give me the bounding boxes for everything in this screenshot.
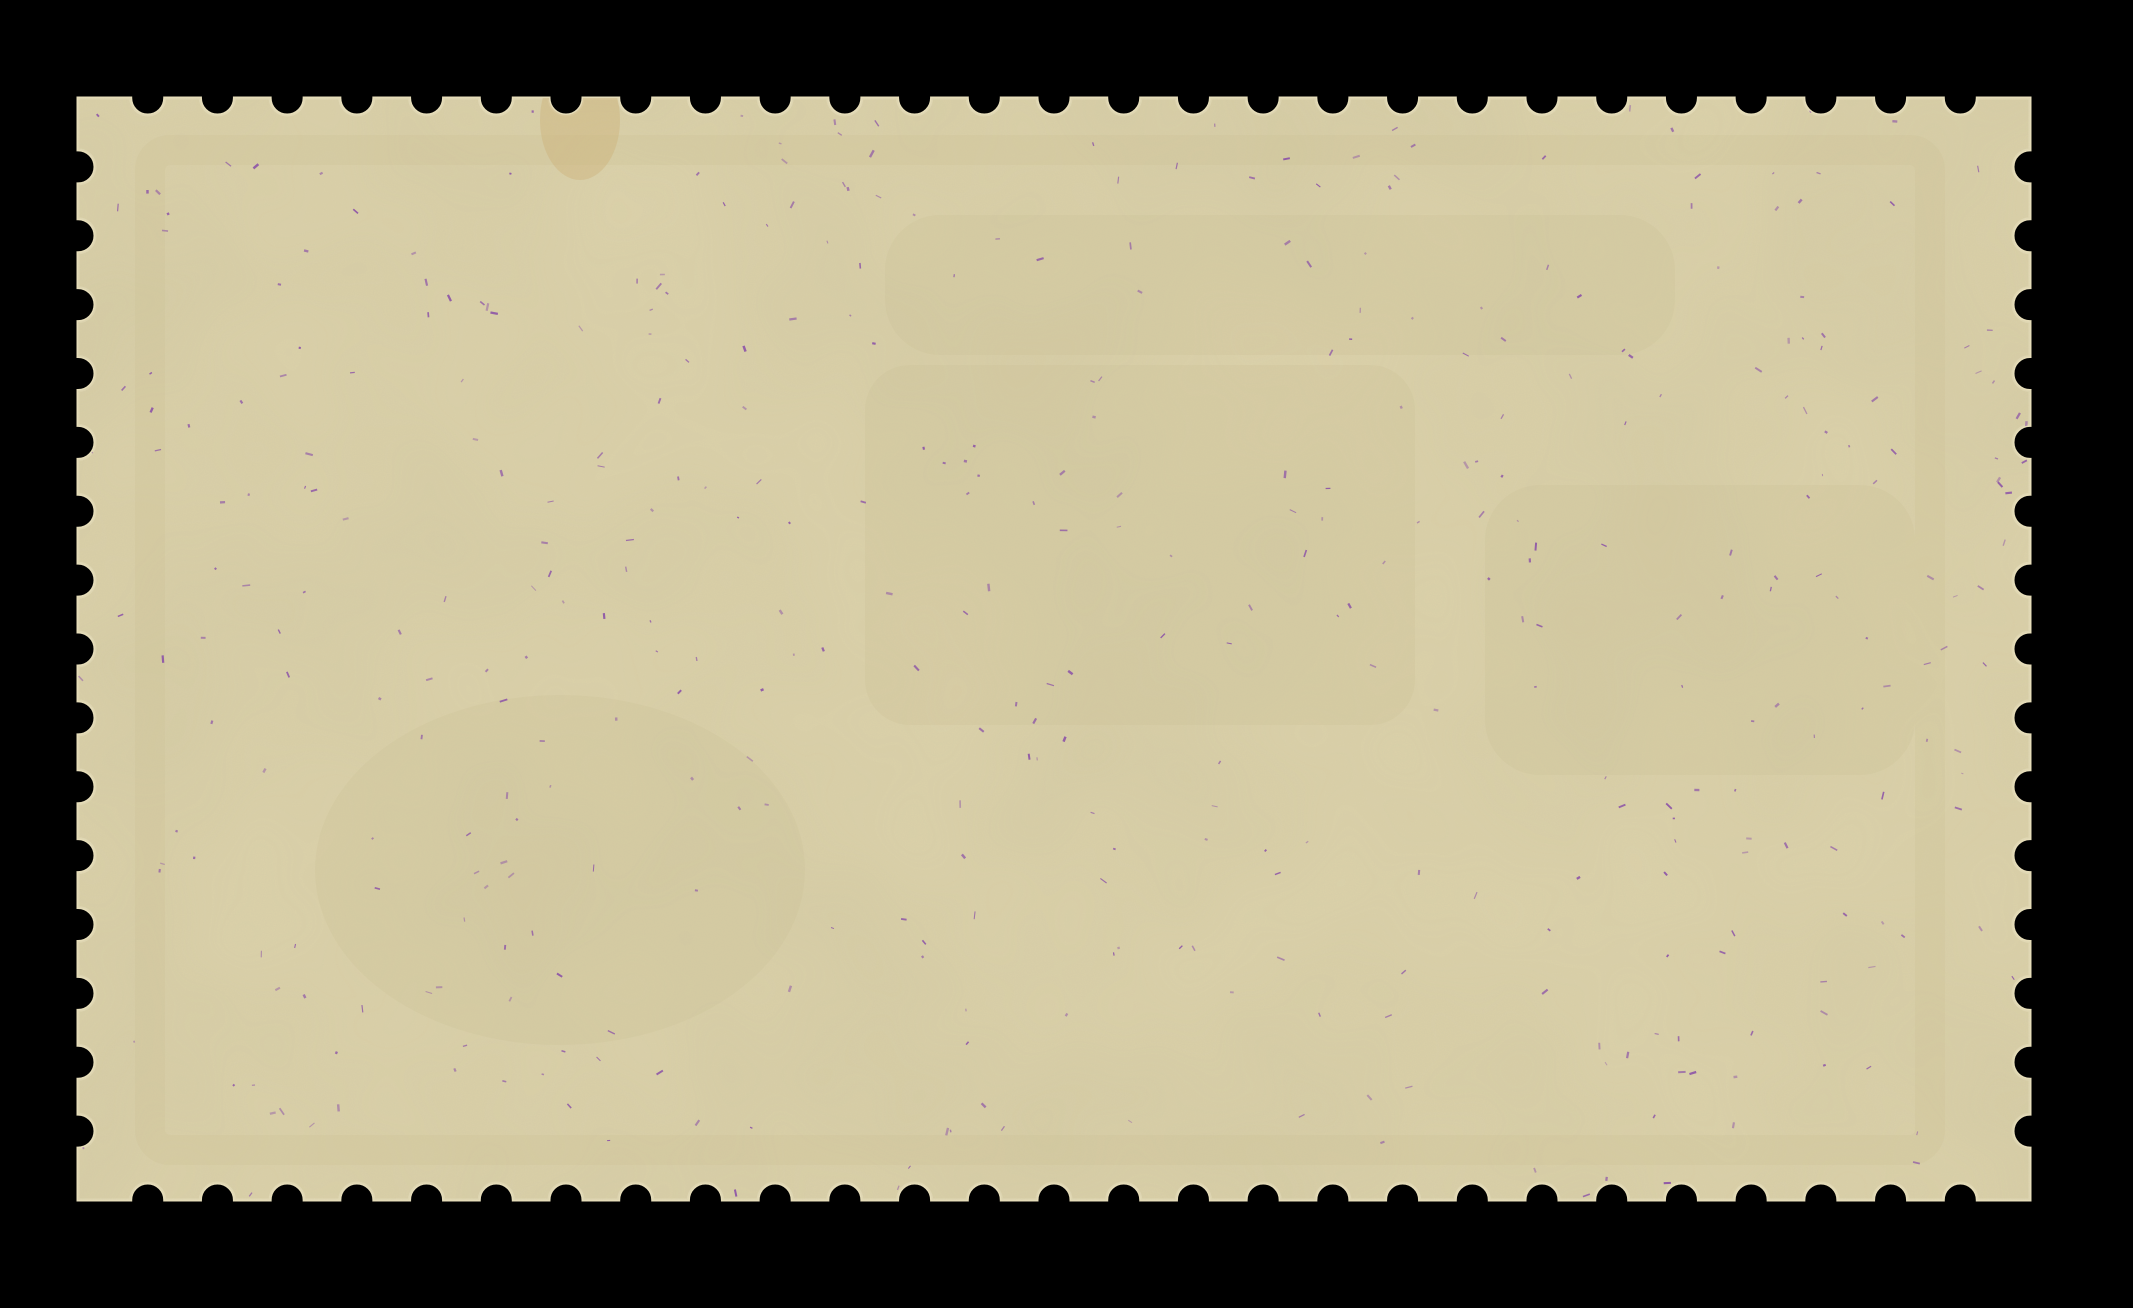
stamp-back [0,0,2133,1308]
paper-texture [0,0,2133,1308]
